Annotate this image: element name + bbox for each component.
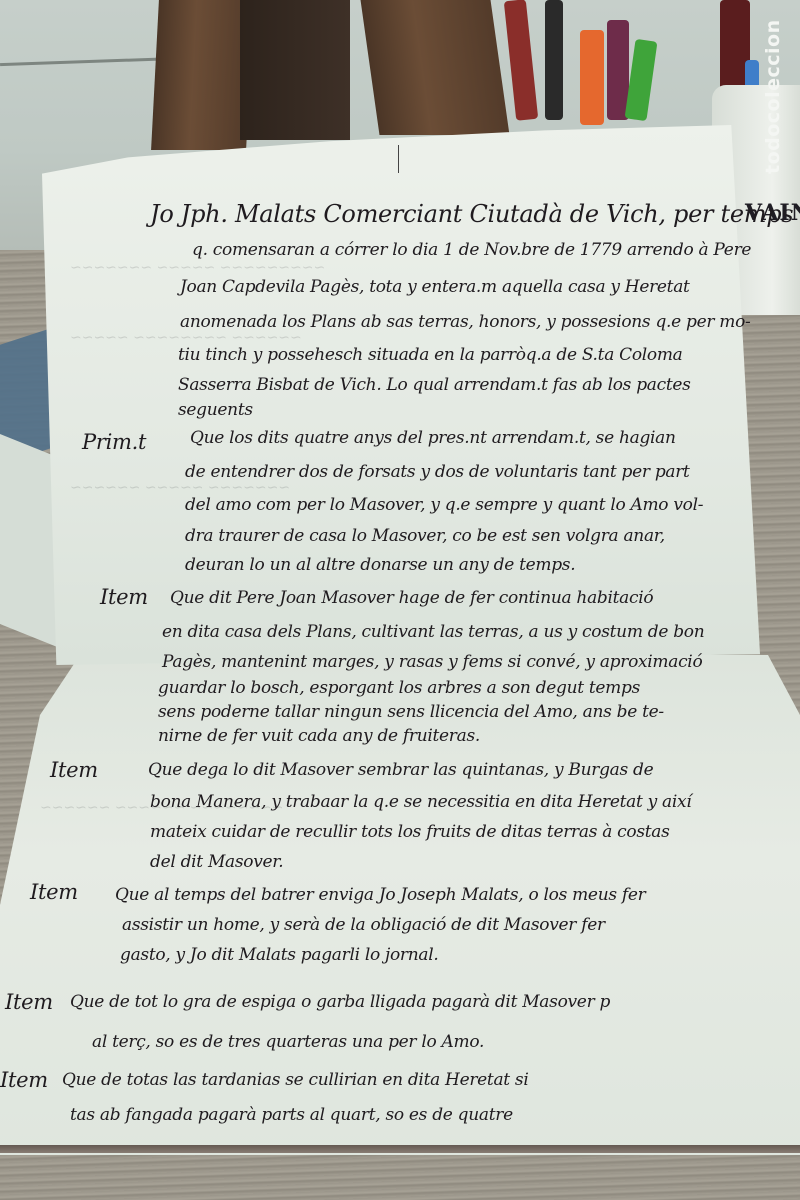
clause-label: Item xyxy=(5,990,53,1014)
clause-line: del dit Masover. xyxy=(150,852,283,872)
bleed-through-text: ~~~~~~~~~ ~~~~~ ~~~~~~~ xyxy=(70,260,325,276)
clause-label: Item xyxy=(50,758,98,782)
clause-label: Item xyxy=(30,880,78,904)
document-line: tiu tinch y possehesch situada en la par… xyxy=(178,345,683,365)
clause-line: Que al temps del batrer enviga Jo Joseph… xyxy=(115,885,645,905)
clause-line: nirne de fer vuit cada any de fruiteras. xyxy=(158,726,480,746)
pen-orange xyxy=(580,30,604,125)
clause-label: Item xyxy=(0,1068,48,1092)
clause-line: en dita casa dels Plans, cultivant las t… xyxy=(162,622,704,642)
bleed-through-text: ~~~~~~ ~~~~~~~~ ~~~~~ xyxy=(70,330,302,346)
clause-line: mateix cuidar de recullir tots los fruit… xyxy=(150,822,670,842)
wooden-board xyxy=(240,0,350,140)
wooden-board xyxy=(361,0,510,135)
clause-line: Que dit Pere Joan Masover hage de fer co… xyxy=(170,588,653,608)
watermark: todocoleccion xyxy=(762,12,798,182)
clause-line: Que de tot lo gra de espiga o garba llig… xyxy=(70,992,610,1012)
clause-label: Prim.t xyxy=(82,430,146,454)
clause-line: deuran lo un al altre donarse un any de … xyxy=(185,555,575,575)
clause-line: del amo com per lo Masover, y q.e sempre… xyxy=(185,495,703,515)
clause-line: Que los dits quatre anys del pres.nt arr… xyxy=(190,428,676,448)
clause-line: sens poderne tallar ningun sens llicenci… xyxy=(158,702,664,722)
document-line: Jo Jph. Malats Comerciant Ciutadà de Vic… xyxy=(150,200,800,228)
bleed-through-text: ~~~~~~~ ~~~~~ ~~~~~~ xyxy=(70,480,290,496)
clause-line: bona Manera, y trabaar la q.e se necessi… xyxy=(150,792,691,812)
ink-mark xyxy=(398,145,399,173)
sheet-torn-edge xyxy=(0,1145,800,1153)
pen-black xyxy=(545,0,563,120)
clause-line: dra traurer de casa lo Masover, co be es… xyxy=(185,526,665,546)
document-line: anomenada los Plans ab sas terras, honor… xyxy=(180,312,750,332)
clause-label: Item xyxy=(100,585,148,609)
document-line: Sasserra Bisbat de Vich. Lo qual arrenda… xyxy=(178,375,691,395)
clause-line: Que de totas las tardanias se cullirian … xyxy=(62,1070,528,1090)
clause-line: Pagès, mantenint marges, y rasas y fems … xyxy=(162,652,702,672)
document-line: q. comensaran a córrer lo dia 1 de Nov.b… xyxy=(192,240,751,260)
wooden-board xyxy=(151,0,254,150)
clause-line: guardar lo bosch, esporgant los arbres a… xyxy=(158,678,640,698)
document-line: Joan Capdevila Pagès, tota y entera.m aq… xyxy=(180,277,690,297)
document-line: seguents xyxy=(178,400,253,420)
clause-line: Que dega lo dit Masover sembrar las quin… xyxy=(148,760,653,780)
clause-line: de entendrer dos de forsats y dos de vol… xyxy=(185,462,690,482)
clause-line: gasto, y Jo dit Malats pagarli lo jornal… xyxy=(120,945,438,965)
clause-line: assistir un home, y serà de la obligació… xyxy=(122,915,605,935)
clause-line: tas ab fangada pagarà parts al quart, so… xyxy=(70,1105,513,1125)
clause-line: al terç, so es de tres quarteras una per… xyxy=(92,1032,484,1052)
